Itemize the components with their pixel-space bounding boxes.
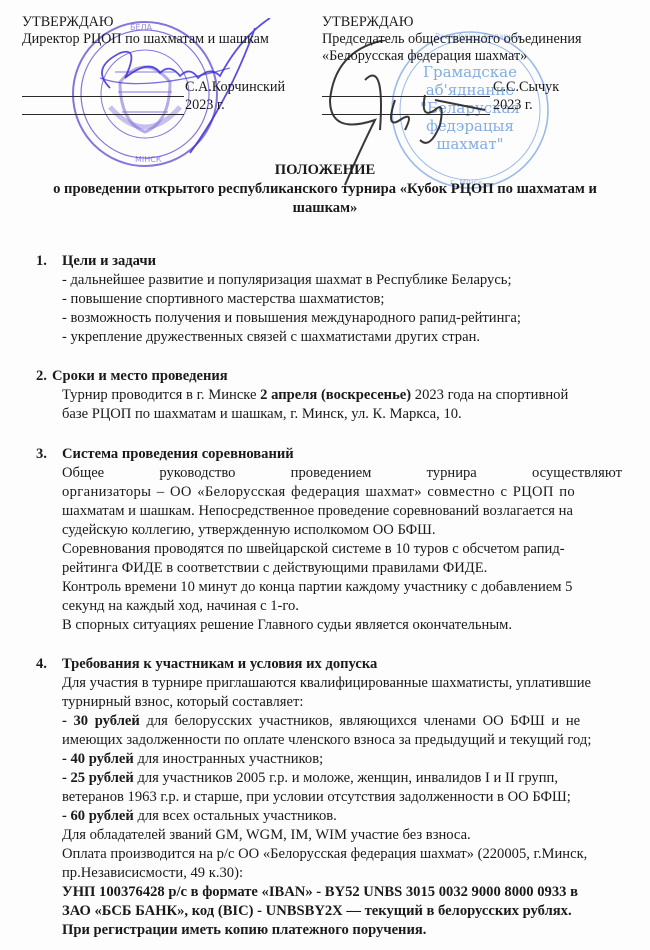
event-date: 2 апреля (воскресенье) xyxy=(260,387,411,403)
fee-item-cont: имеющих задолженности по оплате членског… xyxy=(62,732,591,749)
approval-left-name: С.А.Корчинский xyxy=(185,79,285,96)
list-item: - повышение спортивного мастерства шахма… xyxy=(62,291,384,308)
fee-amount: - 40 рублей xyxy=(62,751,134,767)
fee-item-cont: ветеранов 1963 г.р. и старше, при услови… xyxy=(62,789,571,806)
payment-text: пр.Независисмости, 49 к.30): xyxy=(62,865,243,882)
paragraph-line: Турнир проводится в г. Минске 2 апреля (… xyxy=(62,387,622,404)
section-heading: Требования к участникам и условия их доп… xyxy=(62,656,377,673)
paragraph-line: секунд на каждый ход, начиная с 1-го. xyxy=(62,598,299,615)
section-heading: Цели и задачи xyxy=(62,253,156,270)
exemption-text: Для обладателей званий GM, WGM, IM, WIM … xyxy=(62,827,471,844)
payment-text: Оплата производится на р/с ОО «Белорусск… xyxy=(62,846,587,863)
list-item: - дальнейшее развитие и популяризация ша… xyxy=(62,272,512,289)
approval-right-position-2: «Белорусская федерация шахмат» xyxy=(322,48,527,65)
paragraph-line: Для участия в турнире приглашаются квали… xyxy=(62,675,591,692)
section-number: 4. xyxy=(36,656,47,673)
paragraph-line: рейтинга ФИДЕ в соответствии с действующ… xyxy=(62,560,487,577)
paragraph-line: Контроль времени 10 минут до конца парти… xyxy=(62,579,572,596)
section-number: 2. xyxy=(36,368,47,385)
approval-left-position: Директор РЦОП по шахматам и шашкам xyxy=(22,31,269,48)
approval-right-name: С.С.Сычук xyxy=(493,79,559,96)
document-subtitle-2: шашкам» xyxy=(0,200,650,217)
list-item: - возможность получения и повышения межд… xyxy=(62,310,521,327)
paragraph-line: базе РЦОП по шахматам и шашкам, г. Минск… xyxy=(62,406,462,423)
paragraph-line: В спорных ситуациях решение Главного суд… xyxy=(62,617,512,634)
registration-note: При регистрации иметь копию платежного п… xyxy=(62,922,426,939)
fee-item: - 25 рублей для участников 2005 г.р. и м… xyxy=(62,770,558,787)
document-subtitle-1: о проведении открытого республиканского … xyxy=(0,181,650,198)
paragraph-line: Соревнования проводятся по швейцарской с… xyxy=(62,541,565,558)
paragraph-line: организаторы – ОО «Белорусская федерация… xyxy=(62,484,575,501)
paragraph-line: шахматам и шашкам. Непосредственное пров… xyxy=(62,503,573,520)
approval-right-heading: УТВЕРЖДАЮ xyxy=(322,14,413,31)
approval-right-year: 2023 г. xyxy=(493,97,533,114)
paragraph-line: судейскую коллегию, утвержденную исполко… xyxy=(62,522,436,539)
document-title: ПОЛОЖЕНИЕ xyxy=(0,162,650,179)
fee-amount: - 25 рублей xyxy=(62,770,134,786)
fee-item: - 40 рублей для иностранных участников; xyxy=(62,751,323,768)
section-number: 1. xyxy=(36,253,47,270)
section-heading: Система проведения соревнований xyxy=(62,446,294,463)
approval-left-heading: УТВЕРЖДАЮ xyxy=(22,14,113,31)
bank-details: ЗАО «БСБ БАНК», код (BIC) - UNBSBY2X — т… xyxy=(62,903,572,920)
list-item: - укрепление дружественных связей с шахм… xyxy=(62,329,480,346)
date-line xyxy=(22,114,184,115)
fee-amount: - 30 рублей xyxy=(62,713,140,729)
approval-right-position-1: Председатель общественного объединения xyxy=(322,31,582,48)
fee-amount: - 60 рублей xyxy=(62,808,134,824)
date-line xyxy=(322,114,490,115)
section-number: 3. xyxy=(36,446,47,463)
paragraph-line: Общее руководство проведением турнира ос… xyxy=(62,465,622,482)
signature-line xyxy=(322,96,490,97)
fee-item: - 30 рублей для белорусских участников, … xyxy=(62,713,580,730)
fee-item: - 60 рублей для всех остальных участнико… xyxy=(62,808,337,825)
signature-line xyxy=(22,96,184,97)
section-heading: Сроки и место проведения xyxy=(52,368,228,385)
approval-left-year: 2023 г. xyxy=(185,97,225,114)
paragraph-line: турнирный взнос, который составляет: xyxy=(62,694,303,711)
bank-details: УНП 100376428 р/с в формате «IBAN» - BY5… xyxy=(62,884,578,901)
